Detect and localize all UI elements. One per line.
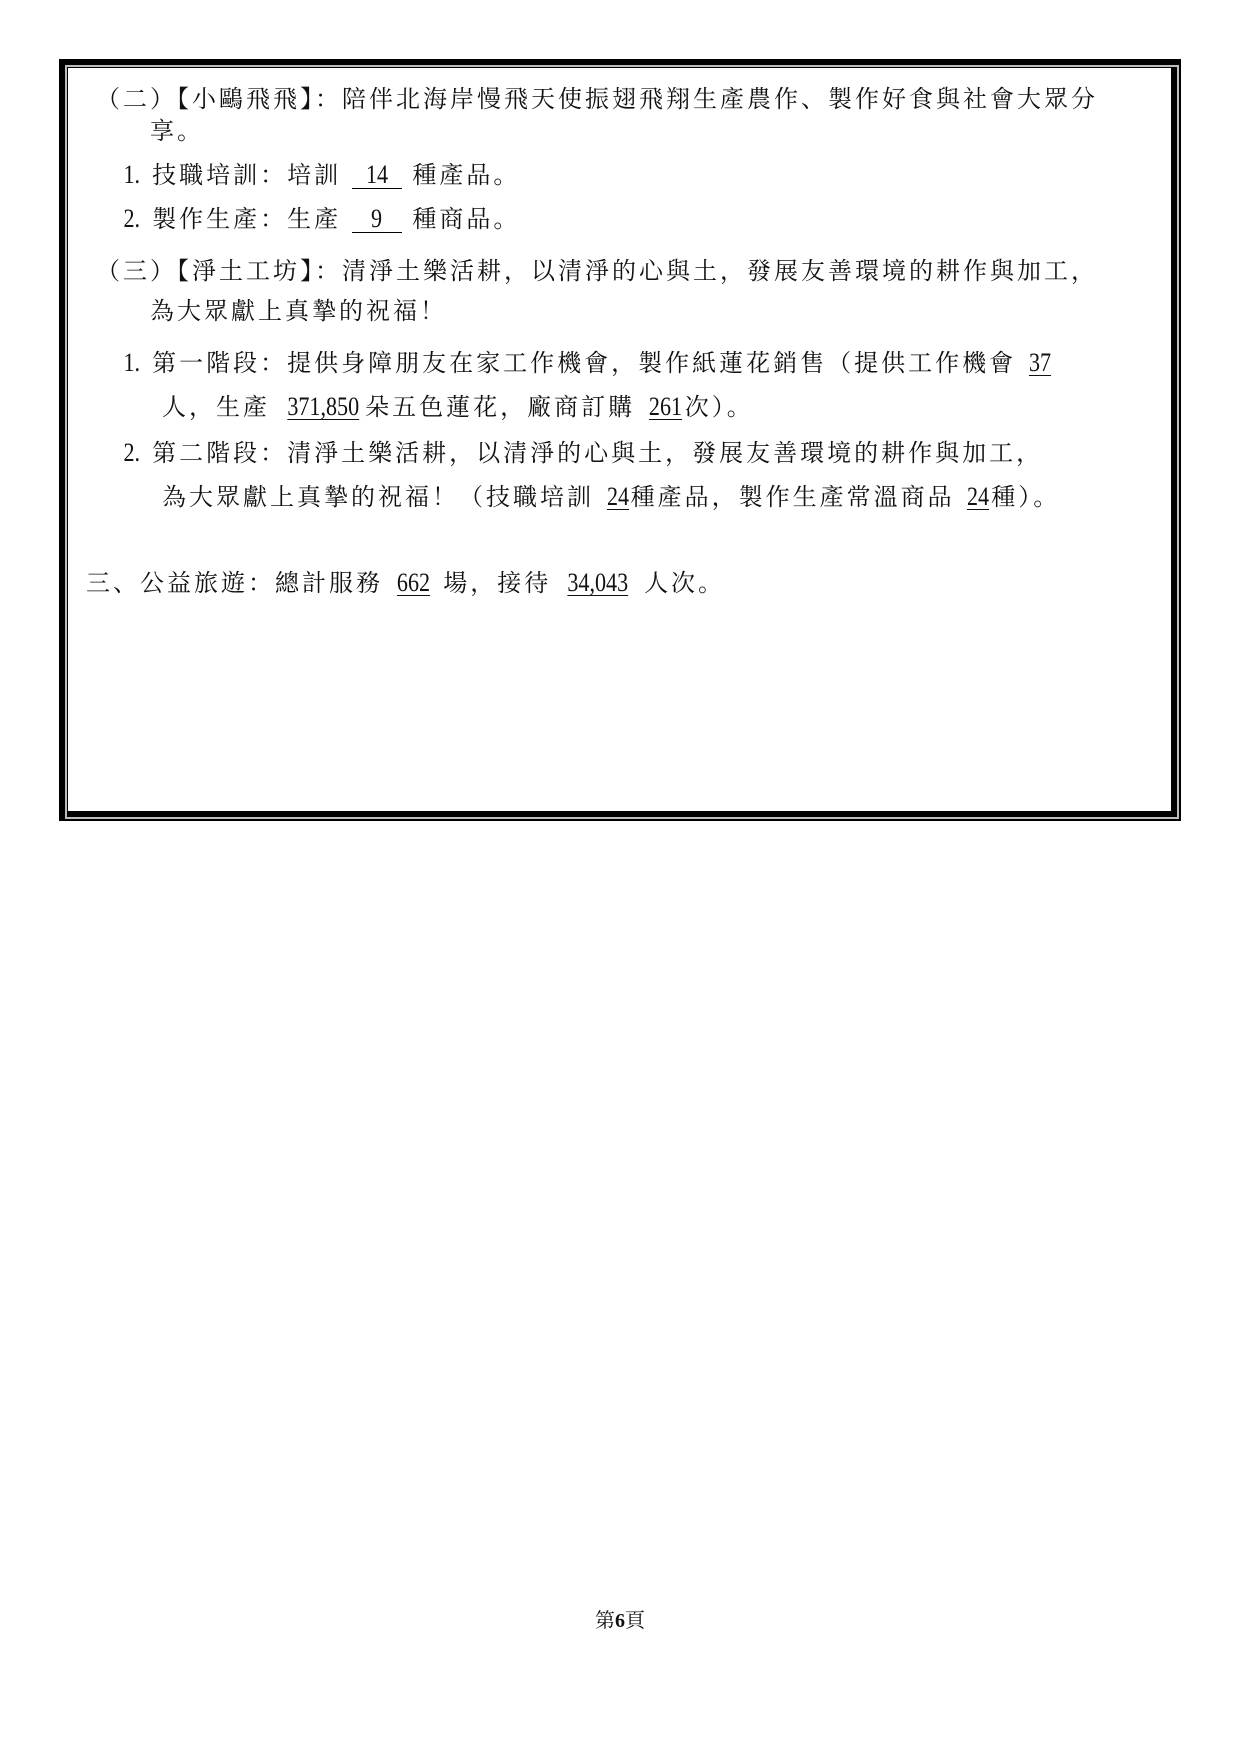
- lotus-count: 371,850: [287, 392, 359, 422]
- phase-1-line-1: 1. 第一階段：提供身障朋友在家工作機會，製作紙蓮花銷售（提供工作機會 37: [122, 348, 1053, 378]
- section-3-text: ：清淨土樂活耕，以清淨的心與土，發展友善環境的耕作與加工，: [315, 257, 1098, 285]
- section-3-prefix: （三）: [96, 257, 177, 285]
- phase-1-text-b: 朵五色蓮花，廠商訂購: [365, 393, 635, 421]
- section-2-heading: （二）【小鷗飛飛】：陪伴北海岸慢飛天使振翅飛翔生產農作、製作好食與社會大眾分: [96, 84, 1098, 114]
- training-count: 14: [352, 162, 402, 189]
- section-2-prefix: （二）: [96, 85, 177, 113]
- page-footer: 第6頁: [0, 1604, 1240, 1633]
- item-suffix: 種商品。: [412, 205, 520, 233]
- section-2-item-2: 2. 製作生產：生產 9 種商品。: [122, 204, 520, 234]
- section-2-text: ：陪伴北海岸慢飛天使振翅飛翔生產農作、製作好食與社會大眾分: [315, 85, 1098, 113]
- workers-count: 37: [1029, 348, 1051, 378]
- phase-1-text: 第一階段：提供身障朋友在家工作機會，製作紙蓮花銷售（提供工作機會: [152, 349, 1016, 377]
- tourism-label: 三、公益旅遊：總計服務: [86, 569, 383, 597]
- section-2-item-1: 1. 技職培訓：培訓 14 種產品。: [122, 160, 520, 190]
- phase-2-text-b: 種產品，製作生產常溫商品: [631, 483, 955, 511]
- phase-2-line-2: 為大眾獻上真摯的祝福！（技職培訓 24種產品，製作生產常溫商品 24種）。: [162, 482, 1060, 512]
- section-3-heading-cont: 為大眾獻上真摯的祝福！: [150, 296, 447, 326]
- item-index: 2.: [123, 438, 140, 468]
- phase-2-text-c: 種）。: [991, 483, 1060, 511]
- phase-2-line-1: 2. 第二階段：清淨土樂活耕，以清淨的心與土，發展友善環境的耕作與加工，: [122, 438, 1043, 468]
- phase-2-text-a: 為大眾獻上真摯的祝福！（技職培訓: [162, 483, 594, 511]
- goods-count: 24: [967, 482, 989, 512]
- section-3-title: 【淨土工坊】: [177, 257, 315, 285]
- phase-1-text-c: 次）。: [685, 393, 754, 421]
- tourism-summary: 三、公益旅遊：總計服務 662 場，接待 34,043 人次。: [86, 568, 725, 598]
- training-products-count: 24: [607, 482, 629, 512]
- phase-2-text: 第二階段：清淨土樂活耕，以清淨的心與土，發展友善環境的耕作與加工，: [152, 439, 1043, 467]
- phase-1-text-a: 人，生產: [162, 393, 270, 421]
- tourism-mid: 場，接待: [443, 569, 551, 597]
- item-label: 技職培訓：培訓: [152, 161, 341, 189]
- visitors-count: 34,043: [567, 568, 628, 598]
- item-suffix: 種產品。: [412, 161, 520, 189]
- item-index: 1.: [123, 160, 140, 190]
- item-index: 1.: [123, 348, 140, 378]
- phase-1-line-2: 人，生產 371,850朵五色蓮花，廠商訂購 261次）。: [162, 392, 754, 422]
- page-number: 6: [615, 1610, 625, 1632]
- section-2-title: 【小鷗飛飛】: [177, 85, 315, 113]
- footer-prefix: 第: [595, 1610, 615, 1632]
- section-2-heading-cont: 享。: [150, 116, 204, 146]
- footer-suffix: 頁: [625, 1610, 645, 1632]
- product-count: 9: [352, 206, 402, 233]
- tourism-suffix: 人次。: [644, 569, 725, 597]
- orders-count: 261: [649, 392, 682, 422]
- item-label: 製作生產：生產: [152, 205, 341, 233]
- item-index: 2.: [123, 204, 140, 234]
- sessions-count: 662: [397, 568, 430, 598]
- section-3-heading: （三）【淨土工坊】：清淨土樂活耕，以清淨的心與土，發展友善環境的耕作與加工，: [96, 256, 1098, 286]
